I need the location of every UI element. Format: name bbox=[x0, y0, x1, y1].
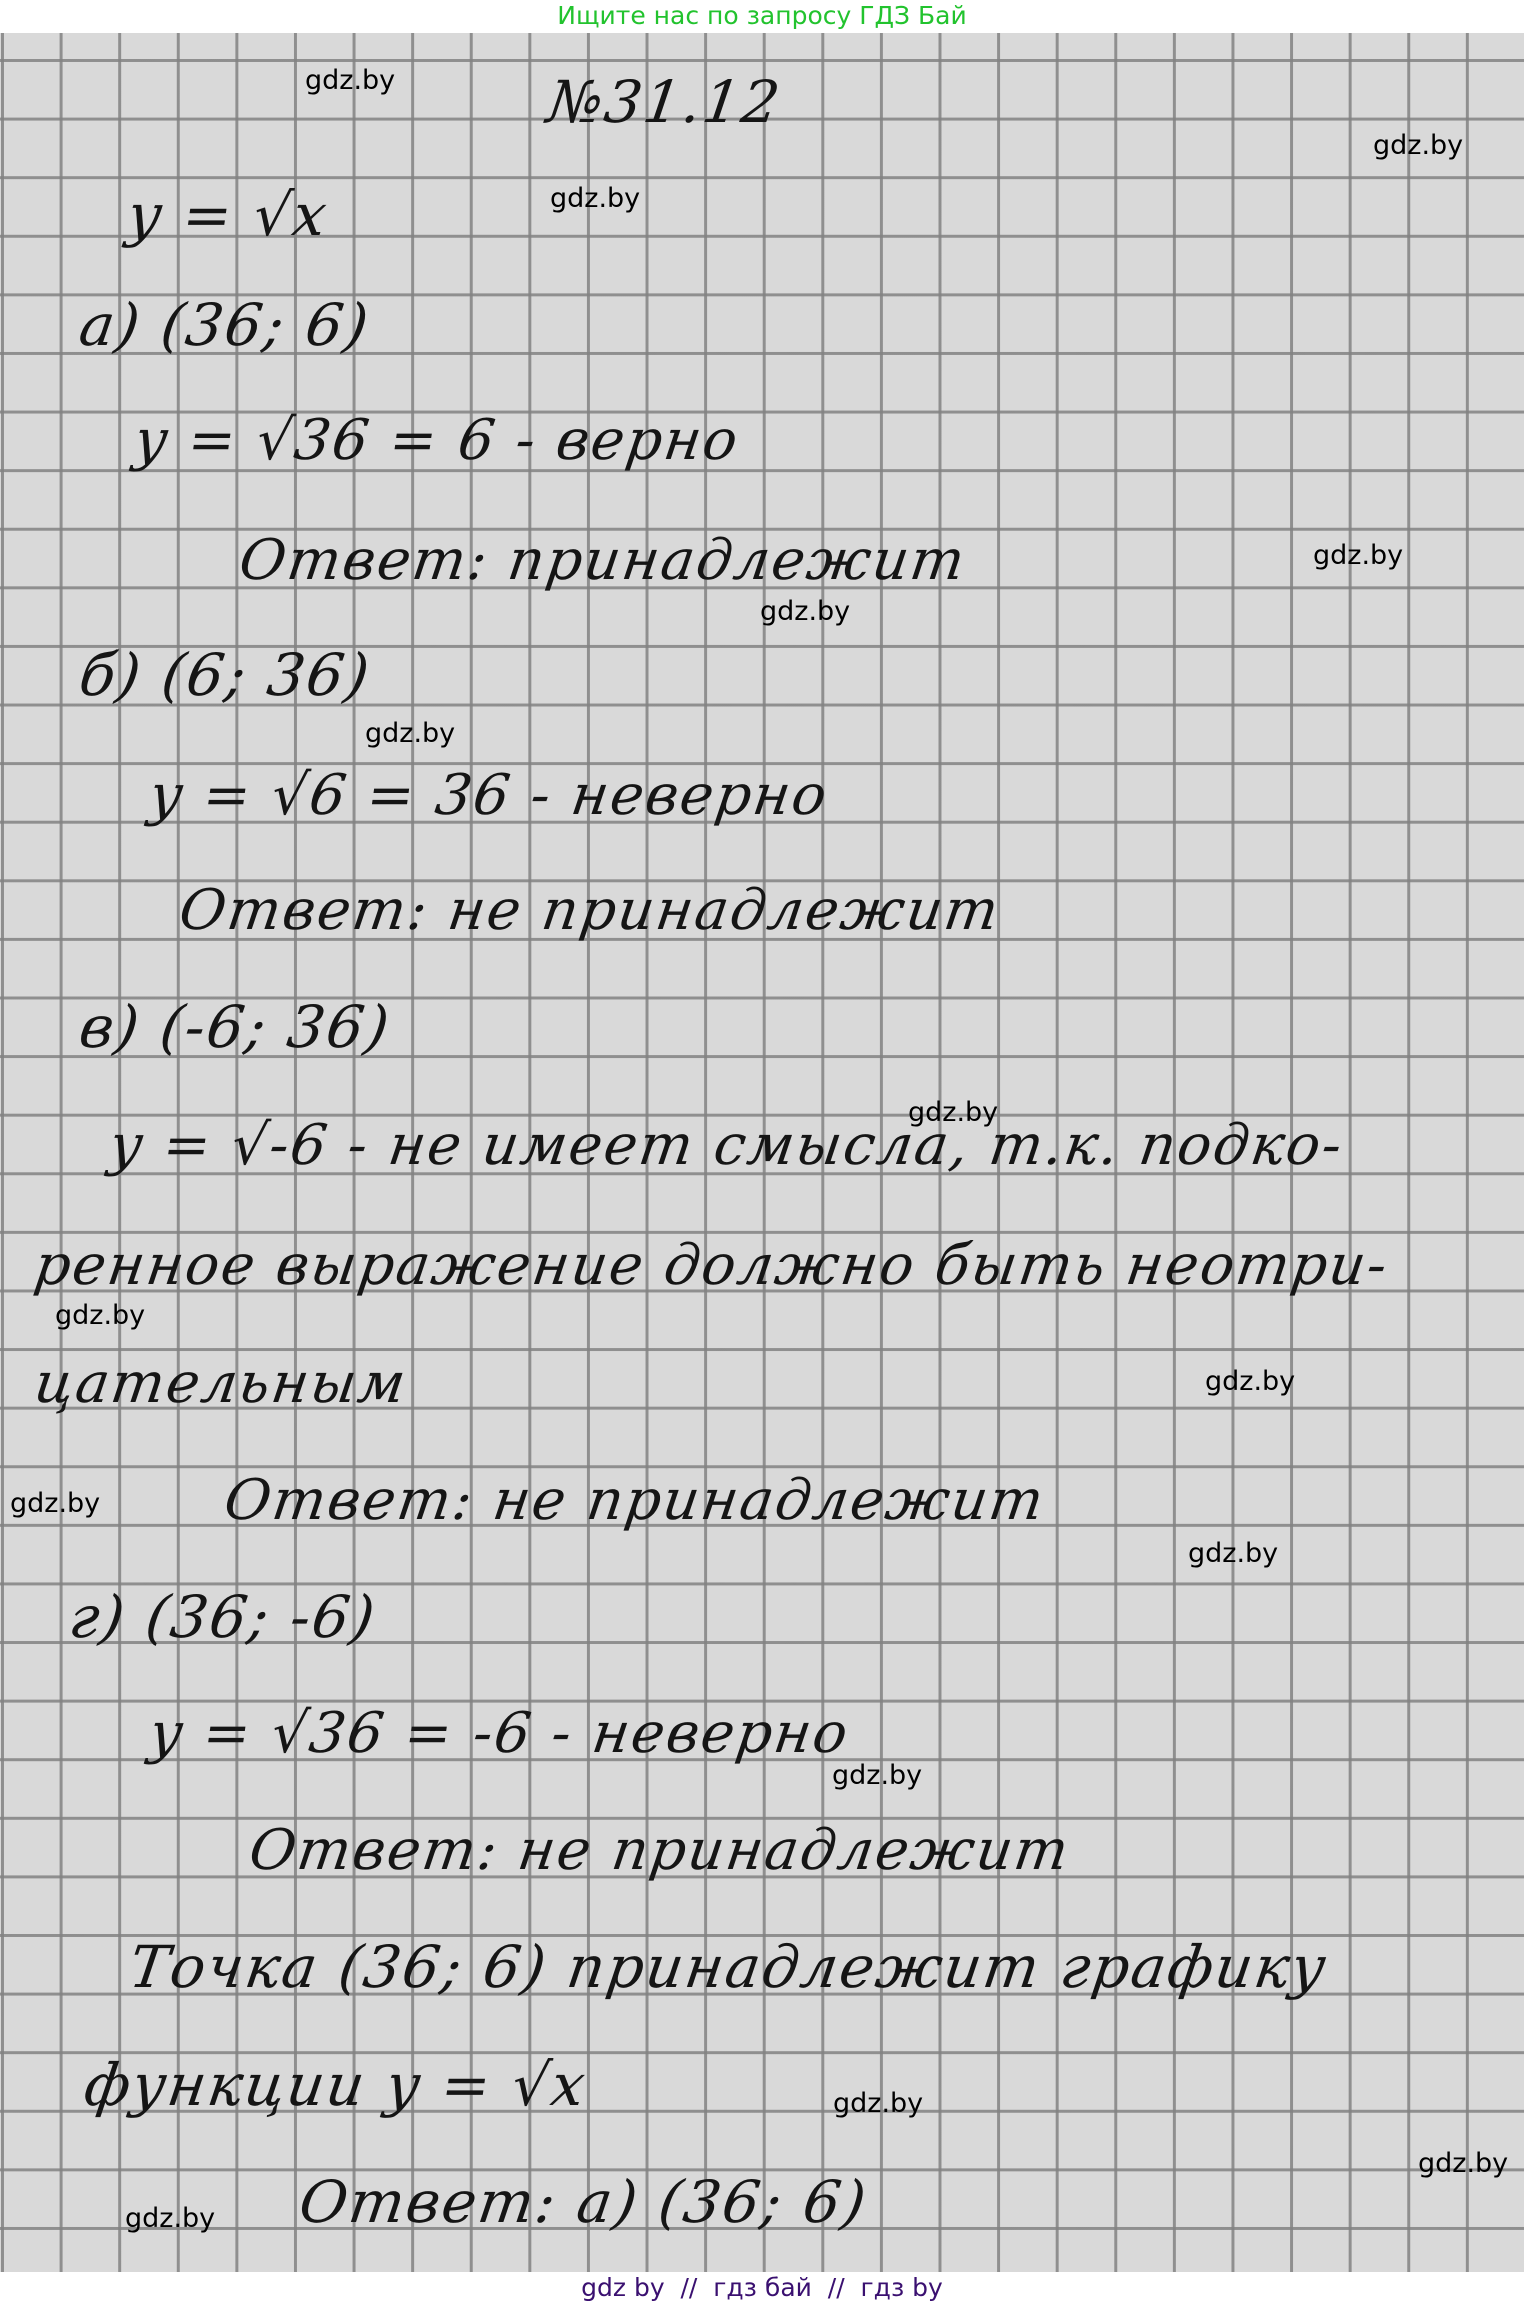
watermark: gdz.by bbox=[1205, 1366, 1295, 1397]
part-c-label: в) (-6; 36) bbox=[75, 993, 395, 1061]
watermark: gdz.by bbox=[305, 65, 395, 96]
watermark: gdz.by bbox=[365, 718, 455, 749]
watermark: gdz.by bbox=[1373, 130, 1463, 161]
footer-text: gdz by // гдз бай // гдз by bbox=[581, 2273, 943, 2302]
part-d-answer: Ответ: не принадлежит bbox=[245, 1818, 1074, 1883]
final-answer: Ответ: а) (36; 6) bbox=[295, 2168, 872, 2236]
watermark: gdz.by bbox=[908, 1097, 998, 1128]
watermark: gdz.by bbox=[550, 183, 640, 214]
notebook-page: №31.12 y = √x а) (36; 6) y = √36 = 6 - в… bbox=[0, 33, 1524, 2272]
top-banner: Ищите нас по запросу ГДЗ Бай bbox=[0, 0, 1524, 33]
footer-banner: gdz by // гдз бай // гдз by bbox=[0, 2272, 1524, 2304]
part-d-check: y = √36 = -6 - неверно bbox=[145, 1701, 853, 1766]
part-c-check-line-2: ренное выражение должно быть неотри- bbox=[30, 1233, 1392, 1298]
task-number: №31.12 bbox=[543, 68, 785, 136]
search-hint-link[interactable]: Ищите нас по запросу ГДЗ Бай bbox=[557, 1, 966, 30]
watermark: gdz.by bbox=[125, 2203, 215, 2234]
watermark: gdz.by bbox=[55, 1300, 145, 1331]
watermark: gdz.by bbox=[832, 1760, 922, 1791]
watermark: gdz.by bbox=[833, 2088, 923, 2119]
part-c-check-line-1: y = √-6 - не имеет смысла, т.к. подко- bbox=[105, 1113, 1347, 1178]
watermark: gdz.by bbox=[1313, 540, 1403, 571]
watermark: gdz.by bbox=[760, 596, 850, 627]
part-c-answer: Ответ: не принадлежит bbox=[220, 1468, 1049, 1533]
part-b-check: y = √6 = 36 - неверно bbox=[145, 763, 832, 828]
part-b-label: б) (6; 36) bbox=[75, 641, 375, 709]
part-b-answer: Ответ: не принадлежит bbox=[175, 878, 1004, 943]
part-a-check: y = √36 = 6 - верно bbox=[130, 408, 743, 473]
conclusion-line-2: функции y = √x bbox=[80, 2051, 591, 2119]
watermark: gdz.by bbox=[1418, 2148, 1508, 2179]
part-a-label: а) (36; 6) bbox=[75, 291, 374, 359]
watermark: gdz.by bbox=[1188, 1538, 1278, 1569]
part-a-answer: Ответ: принадлежит bbox=[235, 528, 970, 593]
conclusion-line-1: Точка (36; 6) принадлежит графику bbox=[125, 1933, 1332, 2001]
part-c-check-line-3: цательным bbox=[30, 1351, 411, 1416]
part-d-label: г) (36; -6) bbox=[65, 1583, 380, 1651]
watermark: gdz.by bbox=[10, 1488, 100, 1519]
function-definition: y = √x bbox=[123, 181, 332, 249]
